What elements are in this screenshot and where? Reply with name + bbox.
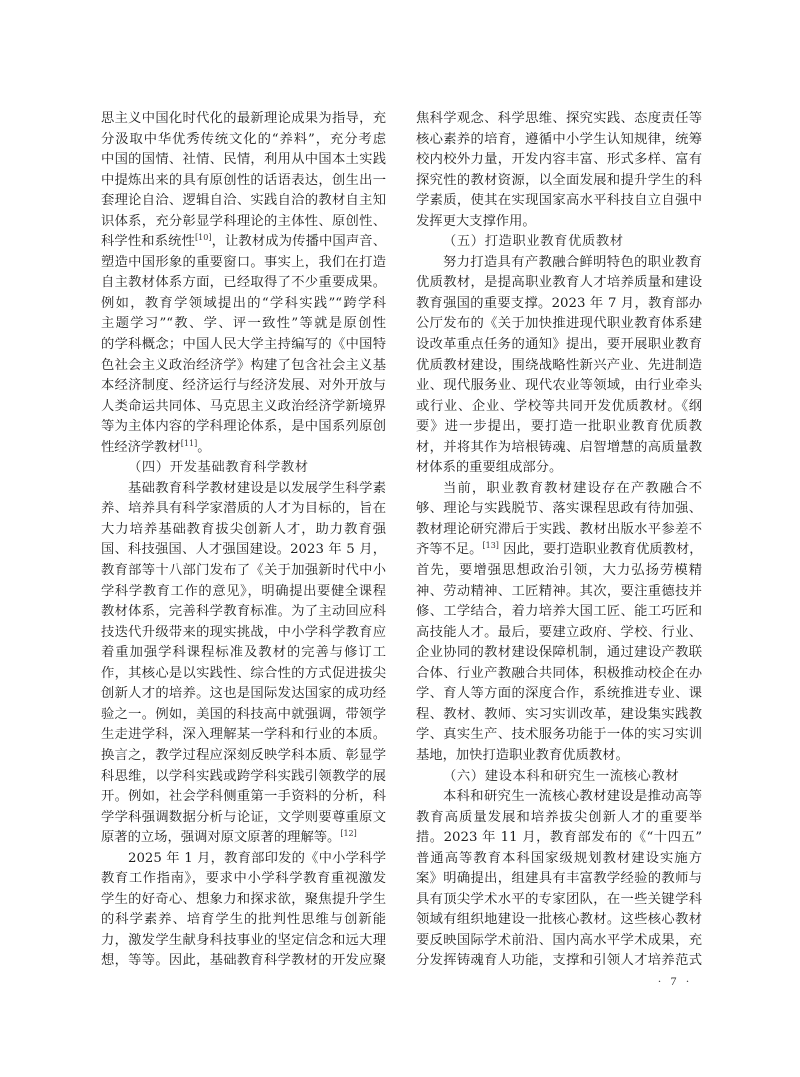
line-text: 力，激发学生献身科技事业的坚定信念和远大理 bbox=[101, 933, 386, 948]
line-text: 人类命运共同体、马克思主义政治经济学新境界 bbox=[101, 399, 386, 414]
line-text: 学生的好奇心、想象力和探求欲，聚焦提升学生 bbox=[101, 892, 386, 907]
text-line: 学学科强调数据分析与论证，文学则要尊重原文 bbox=[101, 808, 386, 829]
line-text: 努力打造具有产教融合鲜明特色的职业教育 bbox=[443, 255, 702, 270]
line-text: 大力培养基础教育拔尖创新人才，助力教育强 bbox=[101, 522, 386, 537]
text-line: 修、工学结合，着力培养大国工匠、能工巧匠和 bbox=[416, 602, 702, 623]
text-line: 科思维，以学科实践或跨学科实践引领教学的展 bbox=[101, 767, 386, 788]
line-text: 首先，要增强思想政治引领，大力弘扬劳模精 bbox=[416, 563, 702, 578]
line-text: 学、育人等方面的深度合作，系统推进专业、课 bbox=[416, 686, 702, 701]
text-line: 设改革重点任务的通知》提出，要开展职业教育 bbox=[416, 335, 702, 356]
text-line: 学素质，使其在实现国家高水平科技自立自强中 bbox=[416, 191, 702, 212]
line-text: 领域有组织地建设一批核心教材。这些核心教材 bbox=[416, 912, 702, 927]
text-line: 力，激发学生献身科技事业的坚定信念和远大理 bbox=[101, 931, 386, 952]
text-line: 领域有组织地建设一批核心教材。这些核心教材 bbox=[416, 910, 702, 931]
text-line: 养、培养具有科学家潜质的人才为目标的，旨在 bbox=[101, 499, 386, 520]
line-text: 本经济制度、经济运行与经济发展、对外开放与 bbox=[101, 378, 386, 393]
text-line: 优质教材建设，围绕战略性新兴产业、先进制造 bbox=[416, 356, 702, 377]
line-text: 教材体系，完善科学教育标准。为了主动回应科 bbox=[101, 604, 386, 619]
line-text: 2025 年 1 月，教育部印发的《中小学科学 bbox=[128, 851, 386, 866]
text-line: 换言之，教学过程应深刻反映学科本质、彰显学 bbox=[101, 746, 386, 767]
line-text: （四）开发基础教育科学教材 bbox=[128, 460, 309, 475]
line-text: 科思维，以学科实践或跨学科实践引领教学的展 bbox=[101, 769, 386, 784]
text-line: 等为主体内容的学科理论体系，是中国系列原创 bbox=[101, 417, 386, 438]
text-line: 业、现代服务业、现代农业等领域，由行业牵头 bbox=[416, 376, 702, 397]
text-line: 神、劳动精神、工匠精神。其次，要注重德技并 bbox=[416, 582, 702, 603]
line-text: 当前，职业教育教材建设存在产教融合不 bbox=[443, 481, 702, 496]
text-line: 企业协同的教材建设保障机制，通过建设产教联 bbox=[416, 643, 702, 664]
text-line: 2025 年 1 月，教育部印发的《中小学科学 bbox=[101, 849, 386, 870]
line-text: 中提炼出来的具有原创性的话语表达，创生出一 bbox=[101, 173, 386, 188]
line-text: 分发挥铸魂育人功能，支撑和引领人才培养范式 bbox=[416, 953, 702, 968]
line-text: 中国的国情、社情、民情，利用从中国本土实践 bbox=[101, 152, 386, 167]
line-text: 修、工学结合，着力培养大国工匠、能工巧匠和 bbox=[416, 604, 702, 619]
line-text: 自主教材体系方面，已经取得了不少重要成果。 bbox=[101, 275, 386, 290]
text-line: 创新人才的培养。这也是国际发达国家的成功经 bbox=[101, 684, 386, 705]
right-column: 焦科学观念、科学思维、探究实践、态度责任等核心素养的培育，遵循中小学生认知规律，… bbox=[416, 109, 702, 972]
text-line: 发挥更大支撑作用。 bbox=[416, 212, 702, 233]
line-text: 企业协同的教材建设保障机制，通过建设产教联 bbox=[416, 645, 702, 660]
text-line: 塑造中国形象的重要窗口。事实上，我们在打造 bbox=[101, 253, 386, 274]
line-text: 分汲取中华优秀传统文化的“养料”，充分考虑 bbox=[101, 132, 386, 147]
section-heading: （五）打造职业教育优质教材 bbox=[416, 232, 702, 253]
line-text: 材体系的重要组成部分。 bbox=[416, 460, 562, 475]
line-text: 的科学素养、培育学生的批判性思维与创新能 bbox=[101, 912, 386, 927]
text-line: 或行业、企业、学校等共同开发优质教材。《纲 bbox=[416, 397, 702, 418]
text-line: 例如，教育学领域提出的“学科实践”“跨学科 bbox=[101, 294, 386, 315]
line-text: 套理论自洽、逻辑自洽、实践自洽的教材自主知 bbox=[101, 193, 386, 208]
line-text: 国、科技强国、人才强国建设。2023 年 5 月， bbox=[101, 542, 386, 557]
text-line: 大力培养基础教育拔尖创新人才，助力教育强 bbox=[101, 520, 386, 541]
line-text: 塑造中国形象的重要窗口。事实上，我们在打造 bbox=[101, 255, 386, 270]
line-text: 创新人才的培养。这也是国际发达国家的成功经 bbox=[101, 686, 386, 701]
line-text: 等为主体内容的学科理论体系，是中国系列原创 bbox=[101, 419, 386, 434]
line-text: 生走进学科，深入理解某一学科和行业的本质。 bbox=[101, 727, 386, 742]
line-text: 焦科学观念、科学思维、探究实践、态度责任等 bbox=[416, 111, 702, 126]
line-text: 业、现代服务业、现代农业等领域，由行业牵头 bbox=[416, 378, 702, 393]
text-line: 教育强国的重要支撑。2023 年 7 月，教育部办 bbox=[416, 294, 702, 315]
line-text: 核心素养的培育，遵循中小学生认知规律，统筹 bbox=[416, 132, 702, 147]
line-text: 教材理论研究滞后于实践、教材出版水平参差不 bbox=[416, 522, 702, 537]
line-text: 材，并将其作为培根铸魂、启智增慧的高质量教 bbox=[416, 440, 702, 455]
line-text: 程、教材、教师、实习实训改革，建设集实践教 bbox=[416, 707, 702, 722]
text-line: 要反映国际学术前沿、国内高水平学术成果，充 bbox=[416, 931, 702, 952]
line-text: 性经济学教材 bbox=[101, 440, 181, 455]
line-text: 齐等不足。 bbox=[416, 542, 482, 557]
line-text: 要反映国际学术前沿、国内高水平学术成果，充 bbox=[416, 933, 702, 948]
text-line: 当前，职业教育教材建设存在产教融合不 bbox=[416, 479, 702, 500]
text-line: 普通高等教育本科国家级规划教材建设实施方 bbox=[416, 849, 702, 870]
line-text-after: ，让教材成为传播中国声音、 bbox=[211, 234, 386, 249]
text-line: 原著的立场，强调对原文原著的理解等。[12] bbox=[101, 828, 386, 849]
line-text: 案》明确提出，组建具有丰富教学经验的教师与 bbox=[416, 871, 702, 886]
line-text: 学学科强调数据分析与论证，文学则要尊重原文 bbox=[101, 810, 386, 825]
text-line: 学科学教育工作的意见》，明确提出要健全课程 bbox=[101, 582, 386, 603]
line-text: 或行业、企业、学校等共同开发优质教材。《纲 bbox=[416, 399, 702, 414]
text-line: 人类命运共同体、马克思主义政治经济学新境界 bbox=[101, 397, 386, 418]
line-text: 开。例如，社会学科侧重第一手资料的分析，科 bbox=[101, 789, 386, 804]
text-line: 努力打造具有产教融合鲜明特色的职业教育 bbox=[416, 253, 702, 274]
line-text: 探究性的教材资源，以全面发展和提升学生的科 bbox=[416, 173, 702, 188]
text-line: 作，其核心是以实践性、综合性的方式促进拔尖 bbox=[101, 664, 386, 685]
text-line: 中提炼出来的具有原创性的话语表达，创生出一 bbox=[101, 171, 386, 192]
line-text: 原著的立场，强调对原文原著的理解等。 bbox=[101, 830, 340, 845]
text-line: 教育工作指南》，要求中小学科学教育重视激发 bbox=[101, 869, 386, 890]
text-line: 技迭代升级带来的现实挑战，中小学科学教育应 bbox=[101, 623, 386, 644]
text-line: 识体系，充分彰显学科理论的主体性、原创性、 bbox=[101, 212, 386, 233]
line-text: （六）建设本科和研究生一流核心教材 bbox=[443, 769, 679, 784]
line-text: 想，等等。因此，基础教育科学教材的开发应聚 bbox=[101, 953, 386, 968]
text-line: 具有顶尖学术水平的专家团队，在一些关键学科 bbox=[416, 890, 702, 911]
text-line: 验之一。例如，美国的科技高中就强调，带领学 bbox=[101, 705, 386, 726]
text-line: 焦科学观念、科学思维、探究实践、态度责任等 bbox=[416, 109, 702, 130]
line-text: 基地，加快打造职业教育优质教材。 bbox=[416, 748, 629, 763]
citation-superscript: [13] bbox=[482, 541, 498, 550]
line-text: 措。2023 年 11 月，教育部发布的《“十四五” bbox=[416, 830, 702, 845]
text-line: 想，等等。因此，基础教育科学教材的开发应聚 bbox=[101, 951, 386, 972]
text-line: 学、育人等方面的深度合作，系统推进专业、课 bbox=[416, 684, 702, 705]
line-text: 技迭代升级带来的现实挑战，中小学科学教育应 bbox=[101, 625, 386, 640]
text-line: 材，并将其作为培根铸魂、启智增慧的高质量教 bbox=[416, 438, 702, 459]
line-text: 要》进一步提出，要打造一批职业教育优质教 bbox=[416, 419, 702, 434]
line-text: 优质教材，是提高职业教育人才培养质量和建设 bbox=[416, 275, 702, 290]
text-line: 核心素养的培育，遵循中小学生认知规律，统筹 bbox=[416, 130, 702, 151]
line-text: 教育部等十八部门发布了《关于加强新时代中小 bbox=[101, 563, 386, 578]
text-line: 思主义中国化时代化的最新理论成果为指导，充 bbox=[101, 109, 386, 130]
line-text: 思主义中国化时代化的最新理论成果为指导，充 bbox=[101, 111, 386, 126]
text-line: 的科学素养、培育学生的批判性思维与创新能 bbox=[101, 910, 386, 931]
line-text: 设改革重点任务的通知》提出，要开展职业教育 bbox=[416, 337, 702, 352]
text-line: 分发挥铸魂育人功能，支撑和引领人才培养范式 bbox=[416, 951, 702, 972]
text-line: 合体、行业产教融合共同体，积极推动校企在办 bbox=[416, 664, 702, 685]
text-line: 案》明确提出，组建具有丰富教学经验的教师与 bbox=[416, 869, 702, 890]
line-text: 教育高质量发展和培养拔尖创新人才的重要举 bbox=[416, 810, 702, 825]
text-line: 学生的好奇心、想象力和探求欲，聚焦提升学生 bbox=[101, 890, 386, 911]
line-text: 合体、行业产教融合共同体，积极推动校企在办 bbox=[416, 666, 702, 681]
text-line: 首先，要增强思想政治引领，大力弘扬劳模精 bbox=[416, 561, 702, 582]
line-text: 养、培养具有科学家潜质的人才为目标的，旨在 bbox=[101, 501, 386, 516]
left-column: 思主义中国化时代化的最新理论成果为指导，充分汲取中华优秀传统文化的“养料”，充分… bbox=[101, 109, 386, 972]
text-line: 教育部等十八部门发布了《关于加强新时代中小 bbox=[101, 561, 386, 582]
text-line: 色社会主义政治经济学》构建了包含社会主义基 bbox=[101, 356, 386, 377]
citation-superscript: [10] bbox=[195, 233, 211, 242]
text-line: 本经济制度、经济运行与经济发展、对外开放与 bbox=[101, 376, 386, 397]
text-line: 科学性和系统性[10]，让教材成为传播中国声音、 bbox=[101, 232, 386, 253]
text-line: 分汲取中华优秀传统文化的“养料”，充分考虑 bbox=[101, 130, 386, 151]
line-text: 换言之，教学过程应深刻反映学科本质、彰显学 bbox=[101, 748, 386, 763]
text-line: 优质教材，是提高职业教育人才培养质量和建设 bbox=[416, 273, 702, 294]
line-text: 验之一。例如，美国的科技高中就强调，带领学 bbox=[101, 707, 386, 722]
text-line: 高技能人才。最后，要建立政府、学校、行业、 bbox=[416, 623, 702, 644]
text-line: 套理论自洽、逻辑自洽、实践自洽的教材自主知 bbox=[101, 191, 386, 212]
text-line: 措。2023 年 11 月，教育部发布的《“十四五” bbox=[416, 828, 702, 849]
text-line: 国、科技强国、人才强国建设。2023 年 5 月， bbox=[101, 540, 386, 561]
line-text: 普通高等教育本科国家级规划教材建设实施方 bbox=[416, 851, 702, 866]
line-text: 本科和研究生一流核心教材建设是推动高等 bbox=[443, 789, 702, 804]
text-line: 教材理论研究滞后于实践、教材出版水平参差不 bbox=[416, 520, 702, 541]
page-number: · 7 · bbox=[640, 974, 710, 989]
text-line: 教育高质量发展和培养拔尖创新人才的重要举 bbox=[416, 808, 702, 829]
line-text: （五）打造职业教育优质教材 bbox=[443, 234, 624, 249]
text-line: 程、教材、教师、实习实训改革，建设集实践教 bbox=[416, 705, 702, 726]
line-text: 学、真实生产、技术服务功能于一体的实习实训 bbox=[416, 727, 702, 742]
citation-superscript: [11] bbox=[181, 439, 197, 448]
line-text: 的学科概念；中国人民大学主持编写的《中国特 bbox=[101, 337, 386, 352]
line-text: 例如，教育学领域提出的“学科实践”“跨学科 bbox=[101, 296, 386, 311]
line-text: 够、理论与实践脱节、落实课程思政有待加强、 bbox=[416, 501, 702, 516]
text-line: 的学科概念；中国人民大学主持编写的《中国特 bbox=[101, 335, 386, 356]
line-text: 教育工作指南》，要求中小学科学教育重视激发 bbox=[101, 871, 386, 886]
section-heading: （六）建设本科和研究生一流核心教材 bbox=[416, 767, 702, 788]
citation-superscript: [12] bbox=[340, 829, 356, 838]
line-text: 识体系，充分彰显学科理论的主体性、原创性、 bbox=[101, 214, 386, 229]
line-text: 优质教材建设，围绕战略性新兴产业、先进制造 bbox=[416, 358, 702, 373]
line-text: 科学性和系统性 bbox=[101, 234, 195, 249]
line-text: 校内校外力量，开发内容丰富、形式多样、富有 bbox=[416, 152, 702, 167]
text-line: 齐等不足。[13] 因此，要打造职业教育优质教材， bbox=[416, 540, 702, 561]
line-text: 高技能人才。最后，要建立政府、学校、行业、 bbox=[416, 625, 702, 640]
text-line: 基础教育科学教材建设是以发展学生科学素 bbox=[101, 479, 386, 500]
text-line: 着重加强学科课程标准及教材的完善与修订工 bbox=[101, 643, 386, 664]
section-heading: （四）开发基础教育科学教材 bbox=[101, 458, 386, 479]
text-line: 校内校外力量，开发内容丰富、形式多样、富有 bbox=[416, 150, 702, 171]
line-text: 公厅发布的《关于加快推进现代职业教育体系建 bbox=[416, 316, 702, 331]
text-line: 学、真实生产、技术服务功能于一体的实习实训 bbox=[416, 725, 702, 746]
text-line: 自主教材体系方面，已经取得了不少重要成果。 bbox=[101, 273, 386, 294]
line-text: 教育强国的重要支撑。2023 年 7 月，教育部办 bbox=[416, 296, 702, 311]
line-text: 主题学习”“教、学、评一致性”等就是原创性 bbox=[101, 316, 386, 331]
text-line: 公厅发布的《关于加快推进现代职业教育体系建 bbox=[416, 314, 702, 335]
line-text: 作，其核心是以实践性、综合性的方式促进拔尖 bbox=[101, 666, 386, 681]
text-line: 要》进一步提出，要打造一批职业教育优质教 bbox=[416, 417, 702, 438]
text-line: 材体系的重要组成部分。 bbox=[416, 458, 702, 479]
text-line: 本科和研究生一流核心教材建设是推动高等 bbox=[416, 787, 702, 808]
text-line: 性经济学教材[11]。 bbox=[101, 438, 386, 459]
line-text: 色社会主义政治经济学》构建了包含社会主义基 bbox=[101, 358, 386, 373]
line-text: 具有顶尖学术水平的专家团队，在一些关键学科 bbox=[416, 892, 702, 907]
text-line: 主题学习”“教、学、评一致性”等就是原创性 bbox=[101, 314, 386, 335]
line-text: 神、劳动精神、工匠精神。其次，要注重德技并 bbox=[416, 584, 702, 599]
text-line: 基地，加快打造职业教育优质教材。 bbox=[416, 746, 702, 767]
line-text: 学科学教育工作的意见》，明确提出要健全课程 bbox=[101, 584, 386, 599]
line-text: 基础教育科学教材建设是以发展学生科学素 bbox=[128, 481, 386, 496]
text-line: 生走进学科，深入理解某一学科和行业的本质。 bbox=[101, 725, 386, 746]
line-text: 着重加强学科课程标准及教材的完善与修订工 bbox=[101, 645, 386, 660]
text-line: 中国的国情、社情、民情，利用从中国本土实践 bbox=[101, 150, 386, 171]
text-line: 够、理论与实践脱节、落实课程思政有待加强、 bbox=[416, 499, 702, 520]
line-text-after: 。 bbox=[197, 440, 210, 455]
line-text: 发挥更大支撑作用。 bbox=[416, 214, 536, 229]
line-text: 学素质，使其在实现国家高水平科技自立自强中 bbox=[416, 193, 702, 208]
line-text-after: 因此，要打造职业教育优质教材， bbox=[499, 542, 703, 557]
text-line: 探究性的教材资源，以全面发展和提升学生的科 bbox=[416, 171, 702, 192]
text-line: 开。例如，社会学科侧重第一手资料的分析，科 bbox=[101, 787, 386, 808]
text-line: 教材体系，完善科学教育标准。为了主动回应科 bbox=[101, 602, 386, 623]
